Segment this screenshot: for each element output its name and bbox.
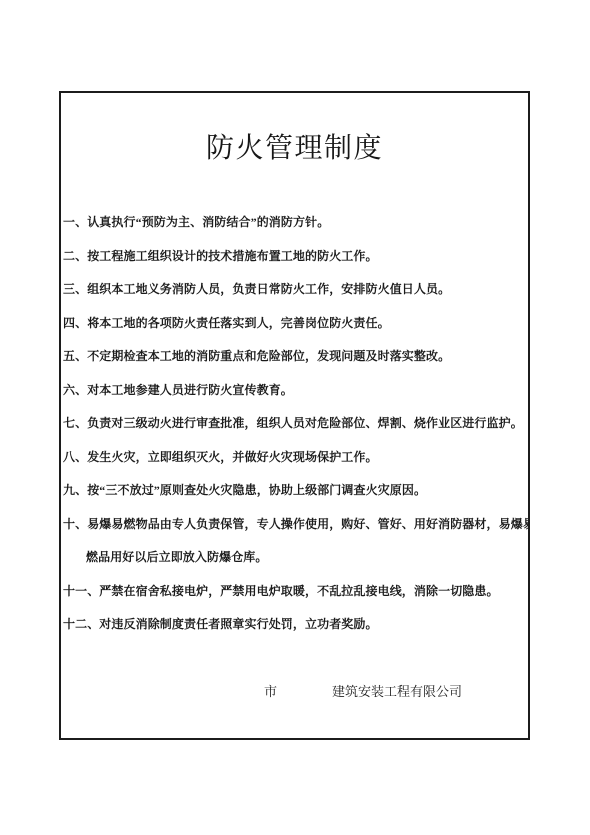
rule-item-4: 四、将本工地的各项防火责任落实到人，完善岗位防火责任。 (63, 307, 526, 341)
rule-item-11: 十一、严禁在宿舍私接电炉，严禁用电炉取暖，不乱拉乱接电线，消除一切隐患。 (63, 575, 526, 609)
rule-item-7: 七、负责对三级动火进行审查批准，组织人员对危险部位、焊割、烧作业区进行监护。 (63, 407, 526, 441)
rule-item-8: 八、发生火灾，立即组织灭火，并做好火灾现场保护工作。 (63, 441, 526, 475)
city-prefix: 市 (264, 684, 277, 699)
page: { "document": { "title": "防火管理制度", "line… (0, 0, 590, 835)
rule-item-10: 十、易爆易燃物品由专人负责保管，专人操作使用，购好、管好、用好消防器材，易爆易 (63, 508, 526, 542)
rule-item-9: 九、按“三不放过”原则查处火灾隐患，协助上级部门调查火灾原因。 (63, 474, 526, 508)
rule-item-12: 十二、对违反消除制度责任者照章实行处罚，立功者奖励。 (63, 608, 526, 642)
rule-item-10-continuation: 燃品用好以后立即放入防爆仓库。 (63, 541, 526, 575)
company-name: 建筑安装工程有限公司 (332, 684, 462, 699)
rule-item-1: 一、认真执行“预防为主、消防结合”的消防方针。 (63, 206, 526, 240)
page-title: 防火管理制度 (63, 133, 526, 165)
rule-list: 一、认真执行“预防为主、消防结合”的消防方针。 二、按工程施工组织设计的技术措施… (63, 206, 526, 642)
rule-item-6: 六、对本工地参建人员进行防火宣传教育。 (63, 374, 526, 408)
document-sheet: 防火管理制度 一、认真执行“预防为主、消防结合”的消防方针。 二、按工程施工组织… (59, 91, 530, 740)
rule-item-3: 三、组织本工地义务消防人员，负责日常防火工作，安排防火值日人员。 (63, 273, 526, 307)
rule-item-5: 五、不定期检查本工地的消防重点和危险部位，发现问题及时落实整改。 (63, 340, 526, 374)
signature-line: 市建筑安装工程有限公司 (63, 684, 526, 700)
rule-item-2: 二、按工程施工组织设计的技术措施布置工地的防火工作。 (63, 240, 526, 274)
